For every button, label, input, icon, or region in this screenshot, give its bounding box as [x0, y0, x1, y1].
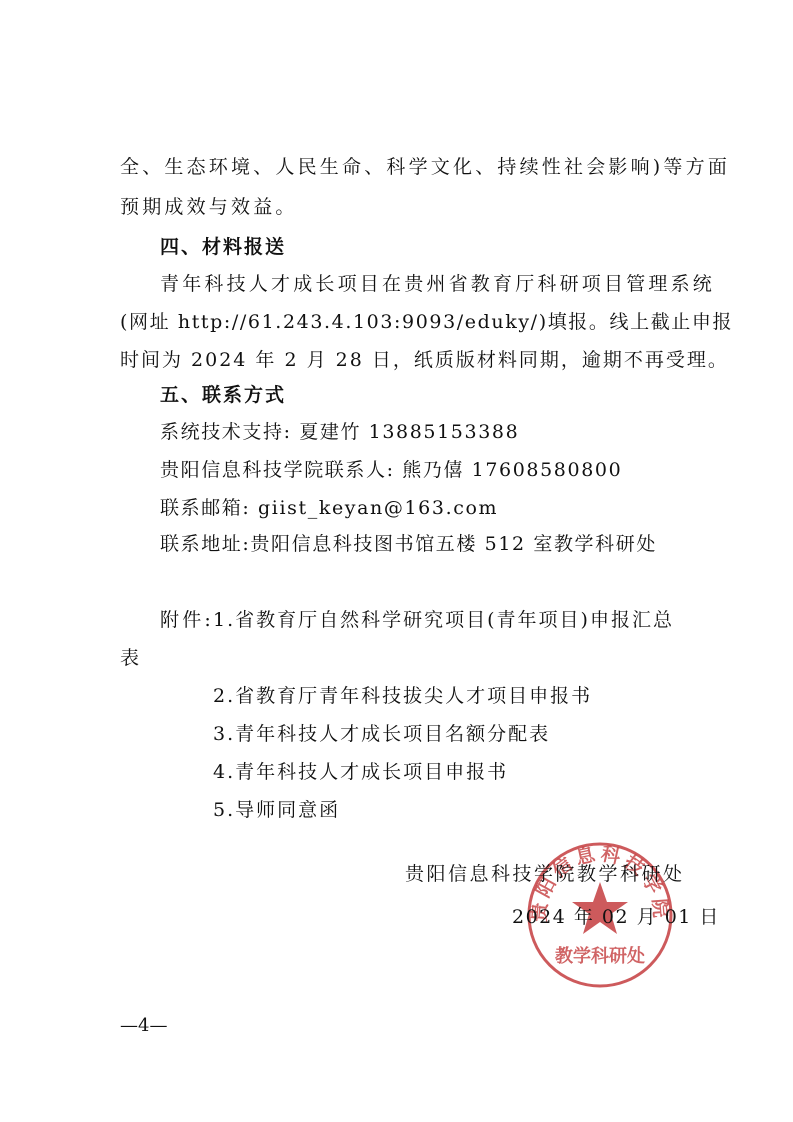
- section-heading-materials: 四、材料报送: [160, 235, 286, 259]
- body-paragraph: 全、生态环境、人民生命、科学文化、持续性社会影响)等方面: [120, 155, 730, 179]
- body-paragraph: 预期成效与效益。: [120, 195, 298, 219]
- body-paragraph: 青年科技人才成长项目在贵州省教育厅科研项目管理系统: [160, 272, 715, 296]
- section-heading-contacts: 五、联系方式: [160, 383, 286, 407]
- attachment-item: 5.导师同意函: [213, 798, 340, 822]
- contact-line: 系统技术支持: 夏建竹 13885153388: [160, 420, 519, 444]
- attachment-item: 3.青年科技人才成长项目名额分配表: [213, 722, 550, 746]
- contact-address: 联系地址:贵阳信息科技图书馆五楼 512 室教学科研处: [160, 532, 657, 556]
- attachment-item: 表: [120, 646, 142, 670]
- stamp-bottom-text: 教学科研处: [554, 945, 645, 967]
- signature-org: 贵阳信息科技学院教学科研处: [405, 862, 685, 886]
- body-paragraph: 时间为 2024 年 2 月 28 日，纸质版材料同期，逾期不再受理。: [120, 348, 729, 372]
- attachment-item: 2.省教育厅青年科技拔尖人才项目申报书: [213, 684, 592, 708]
- attachment-item: 4.青年科技人才成长项目申报书: [213, 760, 508, 784]
- signature-date: 2024 年 02 月 01 日: [512, 905, 720, 929]
- attachments-label: 附件:: [160, 608, 214, 632]
- contact-line: 贵阳信息科技学院联系人: 熊乃僖 17608580800: [160, 458, 622, 482]
- contact-email: 联系邮箱: giist_keyan@163.com: [160, 496, 498, 520]
- body-paragraph: (网址 http://61.243.4.103:9093/eduky/)填报。线…: [120, 310, 733, 334]
- attachment-item: 1.省教育厅自然科学研究项目(青年项目)申报汇总: [213, 608, 674, 632]
- page-number: —4—: [120, 1015, 167, 1036]
